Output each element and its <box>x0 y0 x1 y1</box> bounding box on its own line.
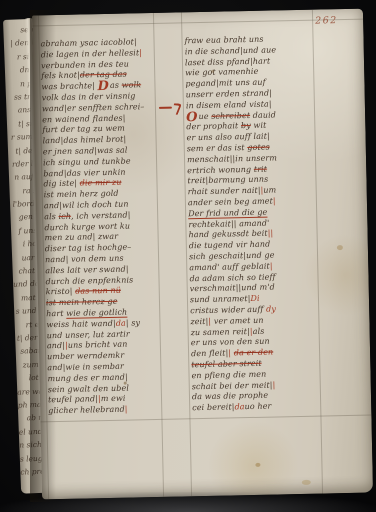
text-segment: | sy <box>126 318 140 327</box>
text-segment: ich <box>58 211 71 220</box>
text-segment: dauid <box>250 110 276 120</box>
text-segment: die tugend vir hand <box>189 240 271 251</box>
stain-speck <box>124 382 127 385</box>
text-segment: | <box>270 261 273 270</box>
text-segment: weiss hait wand| <box>46 319 116 329</box>
text-segment: das nun nü <box>75 286 121 296</box>
ruling-line-horizontal <box>32 19 363 27</box>
text-segment: die mir zu <box>80 178 122 188</box>
text-segment: kristo| <box>46 287 76 297</box>
text-segment: sund unramet| <box>190 294 251 304</box>
text-segment: als <box>253 326 265 335</box>
text-segment: m ewi <box>101 394 126 404</box>
text-segment: rhait sunder nait| <box>188 186 261 197</box>
text-segment: sein gwalt den ubel <box>48 383 129 394</box>
text-segment: da adam sich so tieff <box>189 272 275 283</box>
text-segment: and|wil ich doch tun <box>44 199 129 210</box>
text-segment: ue <box>198 111 211 120</box>
text-segment: rechtekait|| amand' <box>188 218 269 229</box>
text-segment: wand|er senfften schrei– <box>42 102 145 113</box>
text-segment: ertrich wonung <box>187 164 254 174</box>
text-segment: dy <box>266 304 276 313</box>
text-segment: sich geschait|und ge <box>189 250 275 261</box>
text-line: glicher hellebrand| <box>48 404 163 417</box>
text-segment: und unser, lut zartir <box>47 329 130 340</box>
folio-number: 262 <box>315 15 338 26</box>
text-segment: land|das himel brot| <box>43 135 127 146</box>
text-segment: um <box>263 186 276 195</box>
text-segment: , ich verstand| <box>71 210 131 220</box>
text-segment: wie got vamenhie <box>185 67 258 78</box>
text-segment: die lagen in der hellesit <box>41 48 140 59</box>
text-segment: schait bei der meit| <box>192 380 273 391</box>
text-segment: mung des er mand| <box>47 372 127 383</box>
text-segment: Der frid und die ge <box>188 207 267 218</box>
text-segment: | <box>273 196 276 205</box>
text-segment: amand' auff geblait <box>189 261 270 272</box>
text-segment: sem er das ist <box>187 143 248 153</box>
text-segment: da er den <box>234 348 274 358</box>
text-segment: in disem eland vista| <box>186 99 272 110</box>
text-segment: teufel aber streit <box>191 359 262 369</box>
text-segment: teufel pand| <box>48 395 98 405</box>
text-segment: menschait||in unserm <box>187 153 277 164</box>
text-segment: unserr erden strand| <box>186 88 272 99</box>
text-segment: fels knot| <box>41 71 80 81</box>
text-segment: cristus wider auff <box>190 305 266 316</box>
text-segment: als <box>44 212 59 221</box>
text-segment: da was die prophe <box>192 391 268 402</box>
text-segment: schreibet <box>211 111 250 121</box>
stain-speck <box>337 245 343 250</box>
text-segment: fraw eua braht uns <box>184 35 263 46</box>
text-segment: den fleit| <box>191 349 228 359</box>
text-segment: ist mein herz gold <box>44 189 119 200</box>
text-segment: glicher hellebrand <box>48 405 125 416</box>
text-segment: durch die enpfenknis <box>45 275 133 286</box>
text-segment: wolk <box>122 80 142 89</box>
text-column-left: abraham ysac iacoblot|die lagen in der h… <box>40 37 163 417</box>
text-segment: men zu and| zwar <box>45 232 119 243</box>
text-segment: wit <box>251 121 267 130</box>
text-segment: verschmait||und m'd <box>190 283 275 294</box>
text-segment: uo her <box>245 402 272 412</box>
rubric-caret-mark <box>159 102 181 114</box>
text-segment: dig iste| <box>43 179 79 189</box>
text-segment: band|das vier unkin <box>43 167 126 178</box>
text-line: cei bereit|dauo her <box>192 401 320 414</box>
text-segment: zeit| <box>190 317 208 326</box>
manuscript-photo: se w| den wr sieddn mn petss trauans mt|… <box>0 0 376 512</box>
text-segment: treit|barmung unns <box>187 175 268 186</box>
text-segment: cei bereit| <box>192 402 234 412</box>
backdrop-glow <box>0 492 376 512</box>
text-segment: er uns von den sun <box>191 337 270 348</box>
text-segment: wie die gotlich <box>66 308 127 318</box>
text-segment: as <box>110 81 122 90</box>
text-segment: verbunden in des teu <box>41 59 129 70</box>
text-segment: pegand|mit uns auf <box>185 78 265 89</box>
text-segment: nand| von dem uns <box>45 254 124 265</box>
text-segment: hand gekussdt beit <box>189 229 268 240</box>
text-segment: trit <box>254 164 267 173</box>
manuscript-page: 262 abraham ysac iacoblot|die lagen in d… <box>32 9 373 500</box>
stain-speck <box>211 70 214 73</box>
text-segment: durch kurge wort ku <box>44 221 130 232</box>
text-segment: ich singu und tunkbe <box>43 156 131 167</box>
text-segment: in die schand|und aue <box>185 45 277 56</box>
text-segment: volk das in der vinsnig <box>42 91 136 102</box>
text-segment: and| <box>47 341 65 350</box>
text-segment: laset diss pfand|hart <box>185 56 270 67</box>
text-segment: en wainend flandes| <box>42 113 125 124</box>
text-segment: uns bricht van <box>68 340 128 350</box>
text-segment: ander sein beg amet <box>188 196 273 207</box>
text-segment: ver amet un <box>211 315 264 325</box>
text-segment: er jnen sand|was sal <box>43 146 128 157</box>
text-segment: Di <box>250 294 259 303</box>
text-segment: alles lait ver swand| <box>45 264 128 275</box>
stain-speck <box>302 480 311 485</box>
text-segment: furt der tag zu wem <box>42 124 125 135</box>
text-segment: diser tag ist hochge– <box>45 243 132 254</box>
text-segment: | <box>139 48 142 57</box>
text-segment: was brachte| <box>41 81 97 91</box>
text-segment: en pfieng die men <box>191 369 266 380</box>
text-segment: hart <box>46 309 66 318</box>
stain-speck <box>255 463 260 467</box>
text-segment: | <box>125 405 128 414</box>
text-segment: abraham ysac iacoblot| <box>40 37 136 48</box>
text-segment: zu samen reit| <box>191 327 250 337</box>
text-segment: umber werndemkr <box>47 351 124 362</box>
text-segment: and|wie in sembar <box>47 362 124 373</box>
text-segment: gotes <box>247 143 270 152</box>
text-column-right: fraw eua braht unsin die schand|und auel… <box>184 34 320 414</box>
text-segment: || <box>268 229 274 238</box>
text-segment: der prophait <box>186 122 241 132</box>
text-segment: by <box>241 121 251 130</box>
text-segment: er uns also auff lait| <box>186 132 269 143</box>
text-segment: | <box>272 380 275 389</box>
text-segment: ist mein hercz ge <box>46 297 118 307</box>
